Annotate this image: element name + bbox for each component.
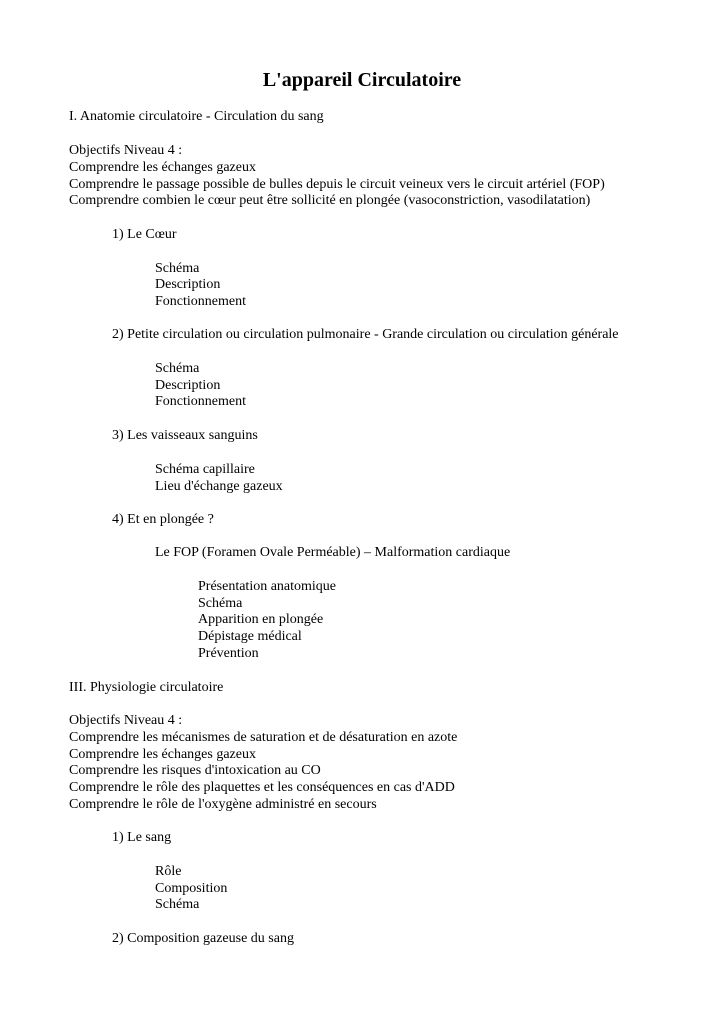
subsection-heading: 2) Composition gazeuse du sang <box>112 930 294 947</box>
objective-item: Comprendre les mécanismes de saturation … <box>69 729 457 746</box>
list-item: Schéma capillaire <box>155 461 255 478</box>
objectives-label: Objectifs Niveau 4 : <box>69 712 182 729</box>
list-item: Présentation anatomique <box>198 578 336 595</box>
subsection-heading: 1) Le Cœur <box>112 226 177 243</box>
list-item: Description <box>155 377 220 394</box>
section-heading: III. Physiologie circulatoire <box>69 679 223 696</box>
objective-item: Comprendre les échanges gazeux <box>69 746 256 763</box>
document-title: L'appareil Circulatoire <box>0 67 724 93</box>
list-item: Schéma <box>155 260 199 277</box>
list-item: Schéma <box>155 896 199 913</box>
subsection-heading: 1) Le sang <box>112 829 171 846</box>
objective-item: Comprendre les échanges gazeux <box>69 159 256 176</box>
list-item: Description <box>155 276 220 293</box>
sub-subheading: Le FOP (Foramen Ovale Perméable) – Malfo… <box>155 544 510 561</box>
list-item: Rôle <box>155 863 181 880</box>
list-item: Lieu d'échange gazeux <box>155 478 283 495</box>
list-item: Prévention <box>198 645 259 662</box>
section-heading: I. Anatomie circulatoire - Circulation d… <box>69 108 324 125</box>
list-item: Schéma <box>155 360 199 377</box>
list-item: Composition <box>155 880 227 897</box>
objectives-label: Objectifs Niveau 4 : <box>69 142 182 159</box>
subsection-heading: 2) Petite circulation ou circulation pul… <box>112 326 619 343</box>
list-item: Dépistage médical <box>198 628 302 645</box>
list-item: Schéma <box>198 595 242 612</box>
subsection-heading: 3) Les vaisseaux sanguins <box>112 427 258 444</box>
objective-item: Comprendre combien le cœur peut être sol… <box>69 192 590 209</box>
list-item: Fonctionnement <box>155 293 246 310</box>
list-item: Fonctionnement <box>155 393 246 410</box>
objective-item: Comprendre le rôle des plaquettes et les… <box>69 779 455 796</box>
objective-item: Comprendre le rôle de l'oxygène administ… <box>69 796 377 813</box>
objective-item: Comprendre le passage possible de bulles… <box>69 176 605 193</box>
objective-item: Comprendre les risques d'intoxication au… <box>69 762 321 779</box>
subsection-heading: 4) Et en plongée ? <box>112 511 214 528</box>
list-item: Apparition en plongée <box>198 611 323 628</box>
